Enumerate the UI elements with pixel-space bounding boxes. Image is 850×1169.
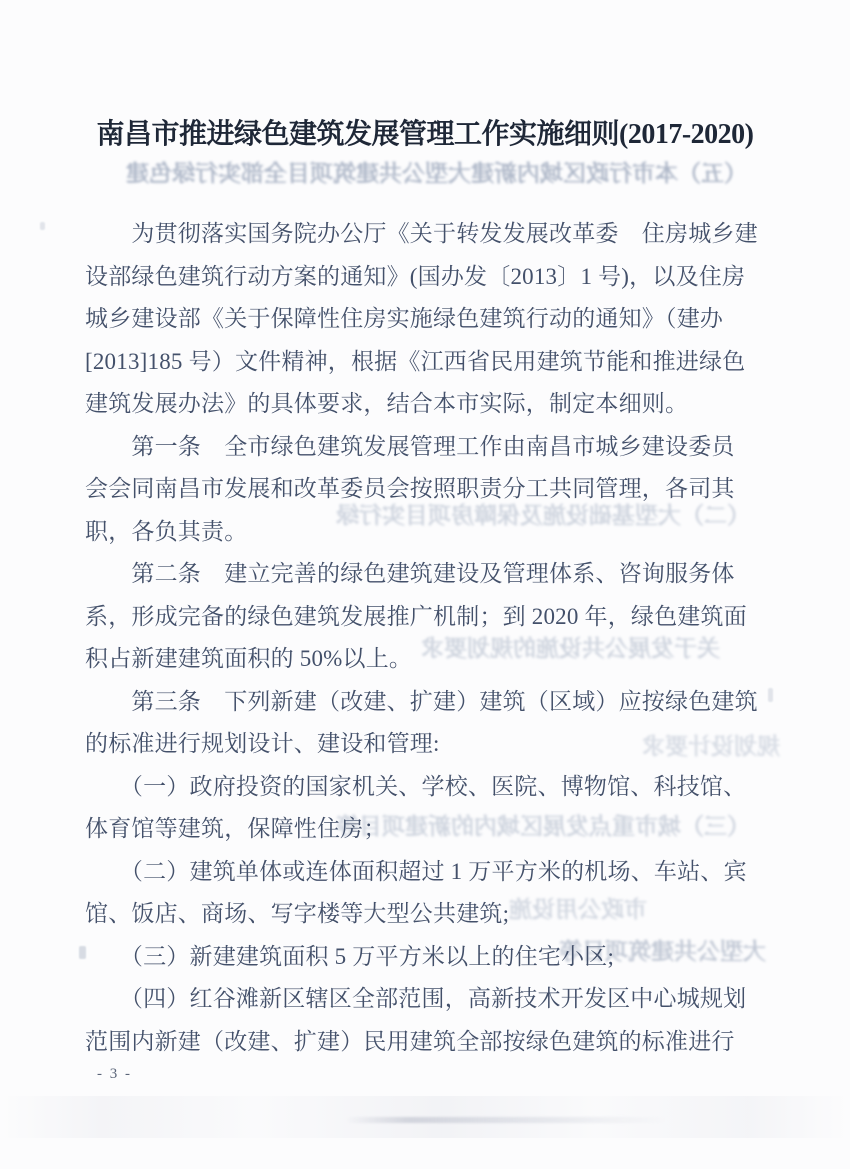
scan-smudge [345,1117,665,1123]
page-number: - 3 - [97,1066,132,1083]
document-line: （二）建筑单体或连体面积超过 1 万平方米的机场、车站、宾 [85,851,753,894]
scan-speck [40,222,45,230]
document-line: 职，各负其责。 [85,511,753,554]
document-line: 城乡建设部《关于保障性住房实施绿色建筑行动的通知》（建办 [85,298,753,341]
document-line: 为贯彻落实国务院办公厅《关于转发发展改革委 住房城乡建 [85,213,753,256]
document-line: 的标准进行规划设计、建设和管理: [85,723,753,766]
document-line: （一）政府投资的国家机关、学校、医院、博物馆、科技馆、 [85,766,753,809]
document-line: [2013]185 号）文件精神，根据《江西省民用建筑节能和推进绿色 [85,341,753,384]
document-line: 第二条 建立完善的绿色建筑建设及管理体系、咨询服务体 [85,553,753,596]
document-line: 馆、饭店、商场、写字楼等大型公共建筑; [85,893,753,936]
document-line: （三）新建建筑面积 5 万平方米以上的住宅小区; [85,936,753,979]
document-line: 会会同南昌市发展和改革委员会按照职责分工共同管理，各司其 [85,468,753,511]
document-body: 为贯彻落实国务院办公厅《关于转发发展改革委 住房城乡建设部绿色建筑行动方案的通知… [85,213,753,1063]
document-line: 积占新建建筑面积的 50%以上。 [85,638,753,681]
document-line: 第三条 下列新建（改建、扩建）建筑（区域）应按绿色建筑 [85,681,753,724]
page-title: 南昌市推进绿色建筑发展管理工作实施细则(2017-2020) [0,112,850,152]
document-line: 范围内新建（改建、扩建）民用建筑全部按绿色建筑的标准进行 [85,1021,753,1064]
scan-speck [768,688,773,702]
document-line: （四）红谷滩新区辖区全部范围，高新技术开发区中心城规划 [85,978,753,1021]
document-line: 设部绿色建筑行动方案的通知》(国办发〔2013〕1 号)，以及住房 [85,256,753,299]
scan-speck [79,946,86,959]
document-line: 系，形成完备的绿色建筑发展推广机制；到 2020 年，绿色建筑面 [85,596,753,639]
document-line: 第一条 全市绿色建筑发展管理工作由南昌市城乡建设委员 [85,426,753,469]
document-page: （五）本市行政区域内新建大型公共建筑项目全部实行绿色建（二）大型基础设施及保障房… [0,0,850,1169]
document-line: 体育馆等建筑，保障性住房； [85,808,753,851]
document-line: 建筑发展办法》的具体要求，结合本市实际，制定本细则。 [85,383,753,426]
ghost-text-line: （五）本市行政区域内新建大型公共建筑项目全部实行绿色建 [85,160,747,188]
